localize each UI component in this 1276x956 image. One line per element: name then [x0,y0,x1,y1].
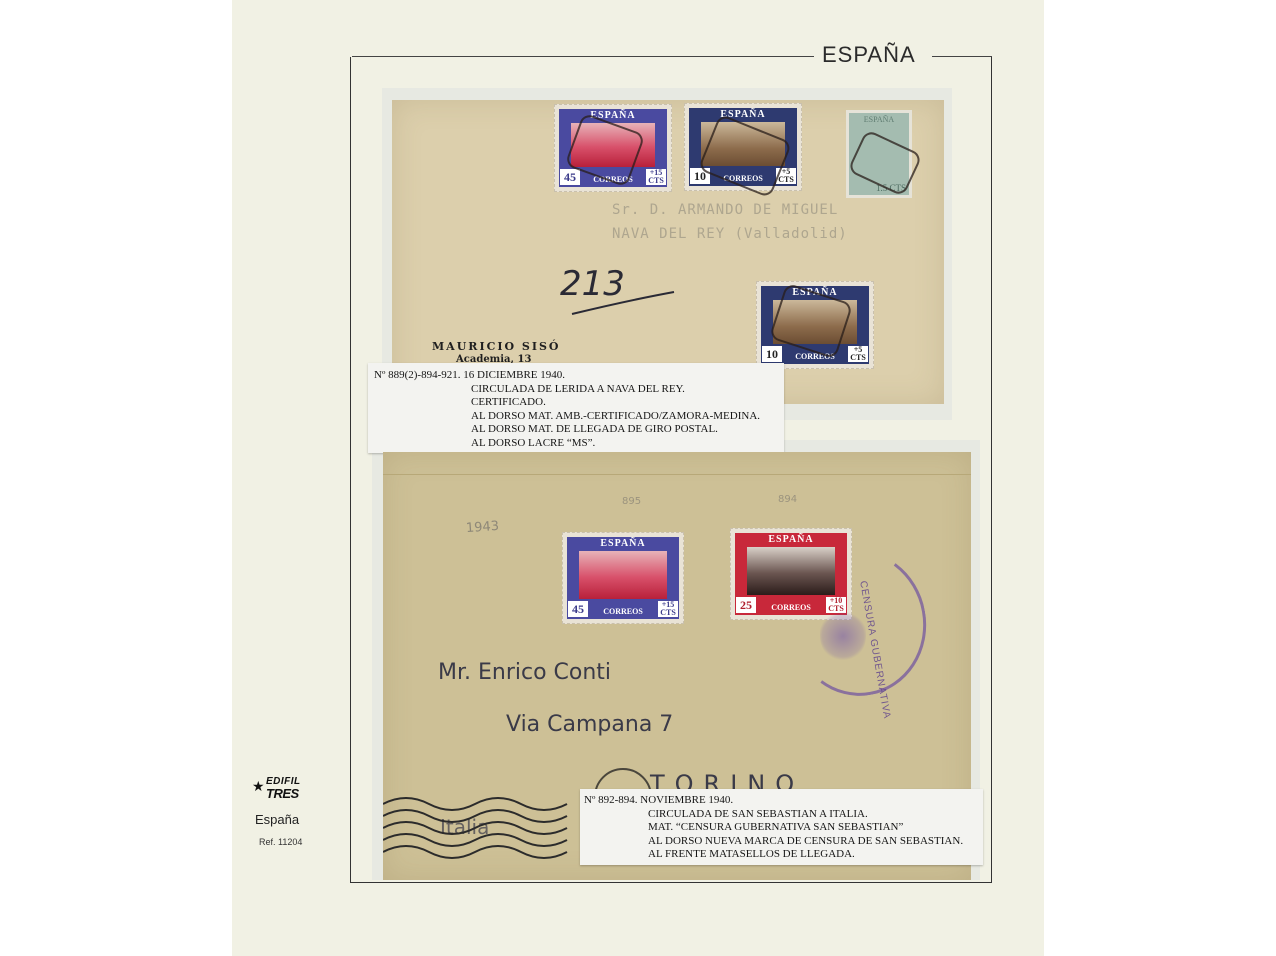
description-line: CIRCULADA DE LERIDA A NAVA DEL REY. [374,383,784,397]
description-line: CIRCULADA DE SAN SEBASTIAN A ITALIA. [584,808,983,822]
stamp-column [761,300,773,344]
stamp-value: 10 [762,346,782,362]
wavy-machine-cancel [383,790,568,870]
description-line: AL DORSO LACRE “MS”. [374,437,784,451]
description-line: AL DORSO MAT. AMB.-CERTIFICADO/ZAMORA-ME… [374,410,784,424]
stamp-country: ESPAÑA [559,109,667,123]
stamp-inscription: CORREOS [589,608,657,616]
sender-name: MAURICIO SISÓ [432,340,561,353]
printed-address-line: NAVA DEL REY (Valladolid) [612,226,848,242]
stamp-column [735,547,747,595]
stamp-country: ESPAÑA [689,108,797,122]
description-line: AL DORSO NUEVA MARCA DE CENSURA DE SAN S… [584,835,983,849]
handwritten-underline [570,288,680,318]
printed-address-line: Sr. D. ARMANDO DE MIGUEL [612,202,838,218]
stamp-picture [579,551,667,599]
description-line: AL FRENTE MATASELLOS DE LLEGADA. [584,848,983,862]
envelope-flap-edge [383,458,971,475]
stamp-column [567,551,579,599]
catalog-number: Nº 892-894. [584,794,638,806]
stamp-column [667,551,679,599]
description-line: MAT. “CENSURA GUBERNATIVA SAN SEBASTIAN” [584,821,983,835]
censor-crest [820,610,866,662]
pencil-year-note: 1943 [466,519,500,536]
stamp-country: ESPAÑA [735,533,847,547]
catalog-number: Nº 889(2)-894-921. [374,369,461,381]
cover-date: NOVIEMBRE 1940. [640,794,733,806]
stamp-value: 45 [560,169,580,185]
pencil-note: 894 [778,494,797,505]
description-line: AL DORSO MAT. DE LLEGADA DE GIRO POSTAL. [374,423,784,437]
stamp-value: 25 [736,597,756,613]
pencil-note: 895 [622,496,641,507]
stamp-value: 45 [568,601,588,617]
stamp-surcharge: +15 CTS [646,169,666,185]
stamp-surcharge: +15 CTS [658,601,678,617]
star-icon: ★ [252,778,265,795]
description-label-2: Nº 892-894. NOVIEMBRE 1940. CIRCULADA DE… [580,789,983,865]
cover-date: 16 DICIEMBRE 1940. [463,369,565,381]
stamp-country: ESPAÑA [567,537,679,551]
description-line: CERTIFICADO. [374,396,784,410]
album-country: España [255,812,299,827]
album-reference: Ref. 11204 [259,837,302,847]
stamp-column [857,300,869,344]
stamp-column [655,123,667,167]
logo-text-bottom: TRES [266,786,299,801]
description-label-1: Nº 889(2)-894-921. 16 DICIEMBRE 1940. CI… [368,363,784,453]
address-line-name: Mr. Enrico Conti [438,660,611,685]
stamp-surcharge: +5 CTS [848,346,868,362]
stamp-column [689,122,701,166]
stamp-country: ESPAÑA [849,115,909,124]
stamp-45-blue[interactable]: ESPAÑA 45 CORREOS +15 CTS [562,532,684,624]
stamp-inscription: CORREOS [783,353,847,361]
address-line-street: Via Campana 7 [506,712,673,737]
